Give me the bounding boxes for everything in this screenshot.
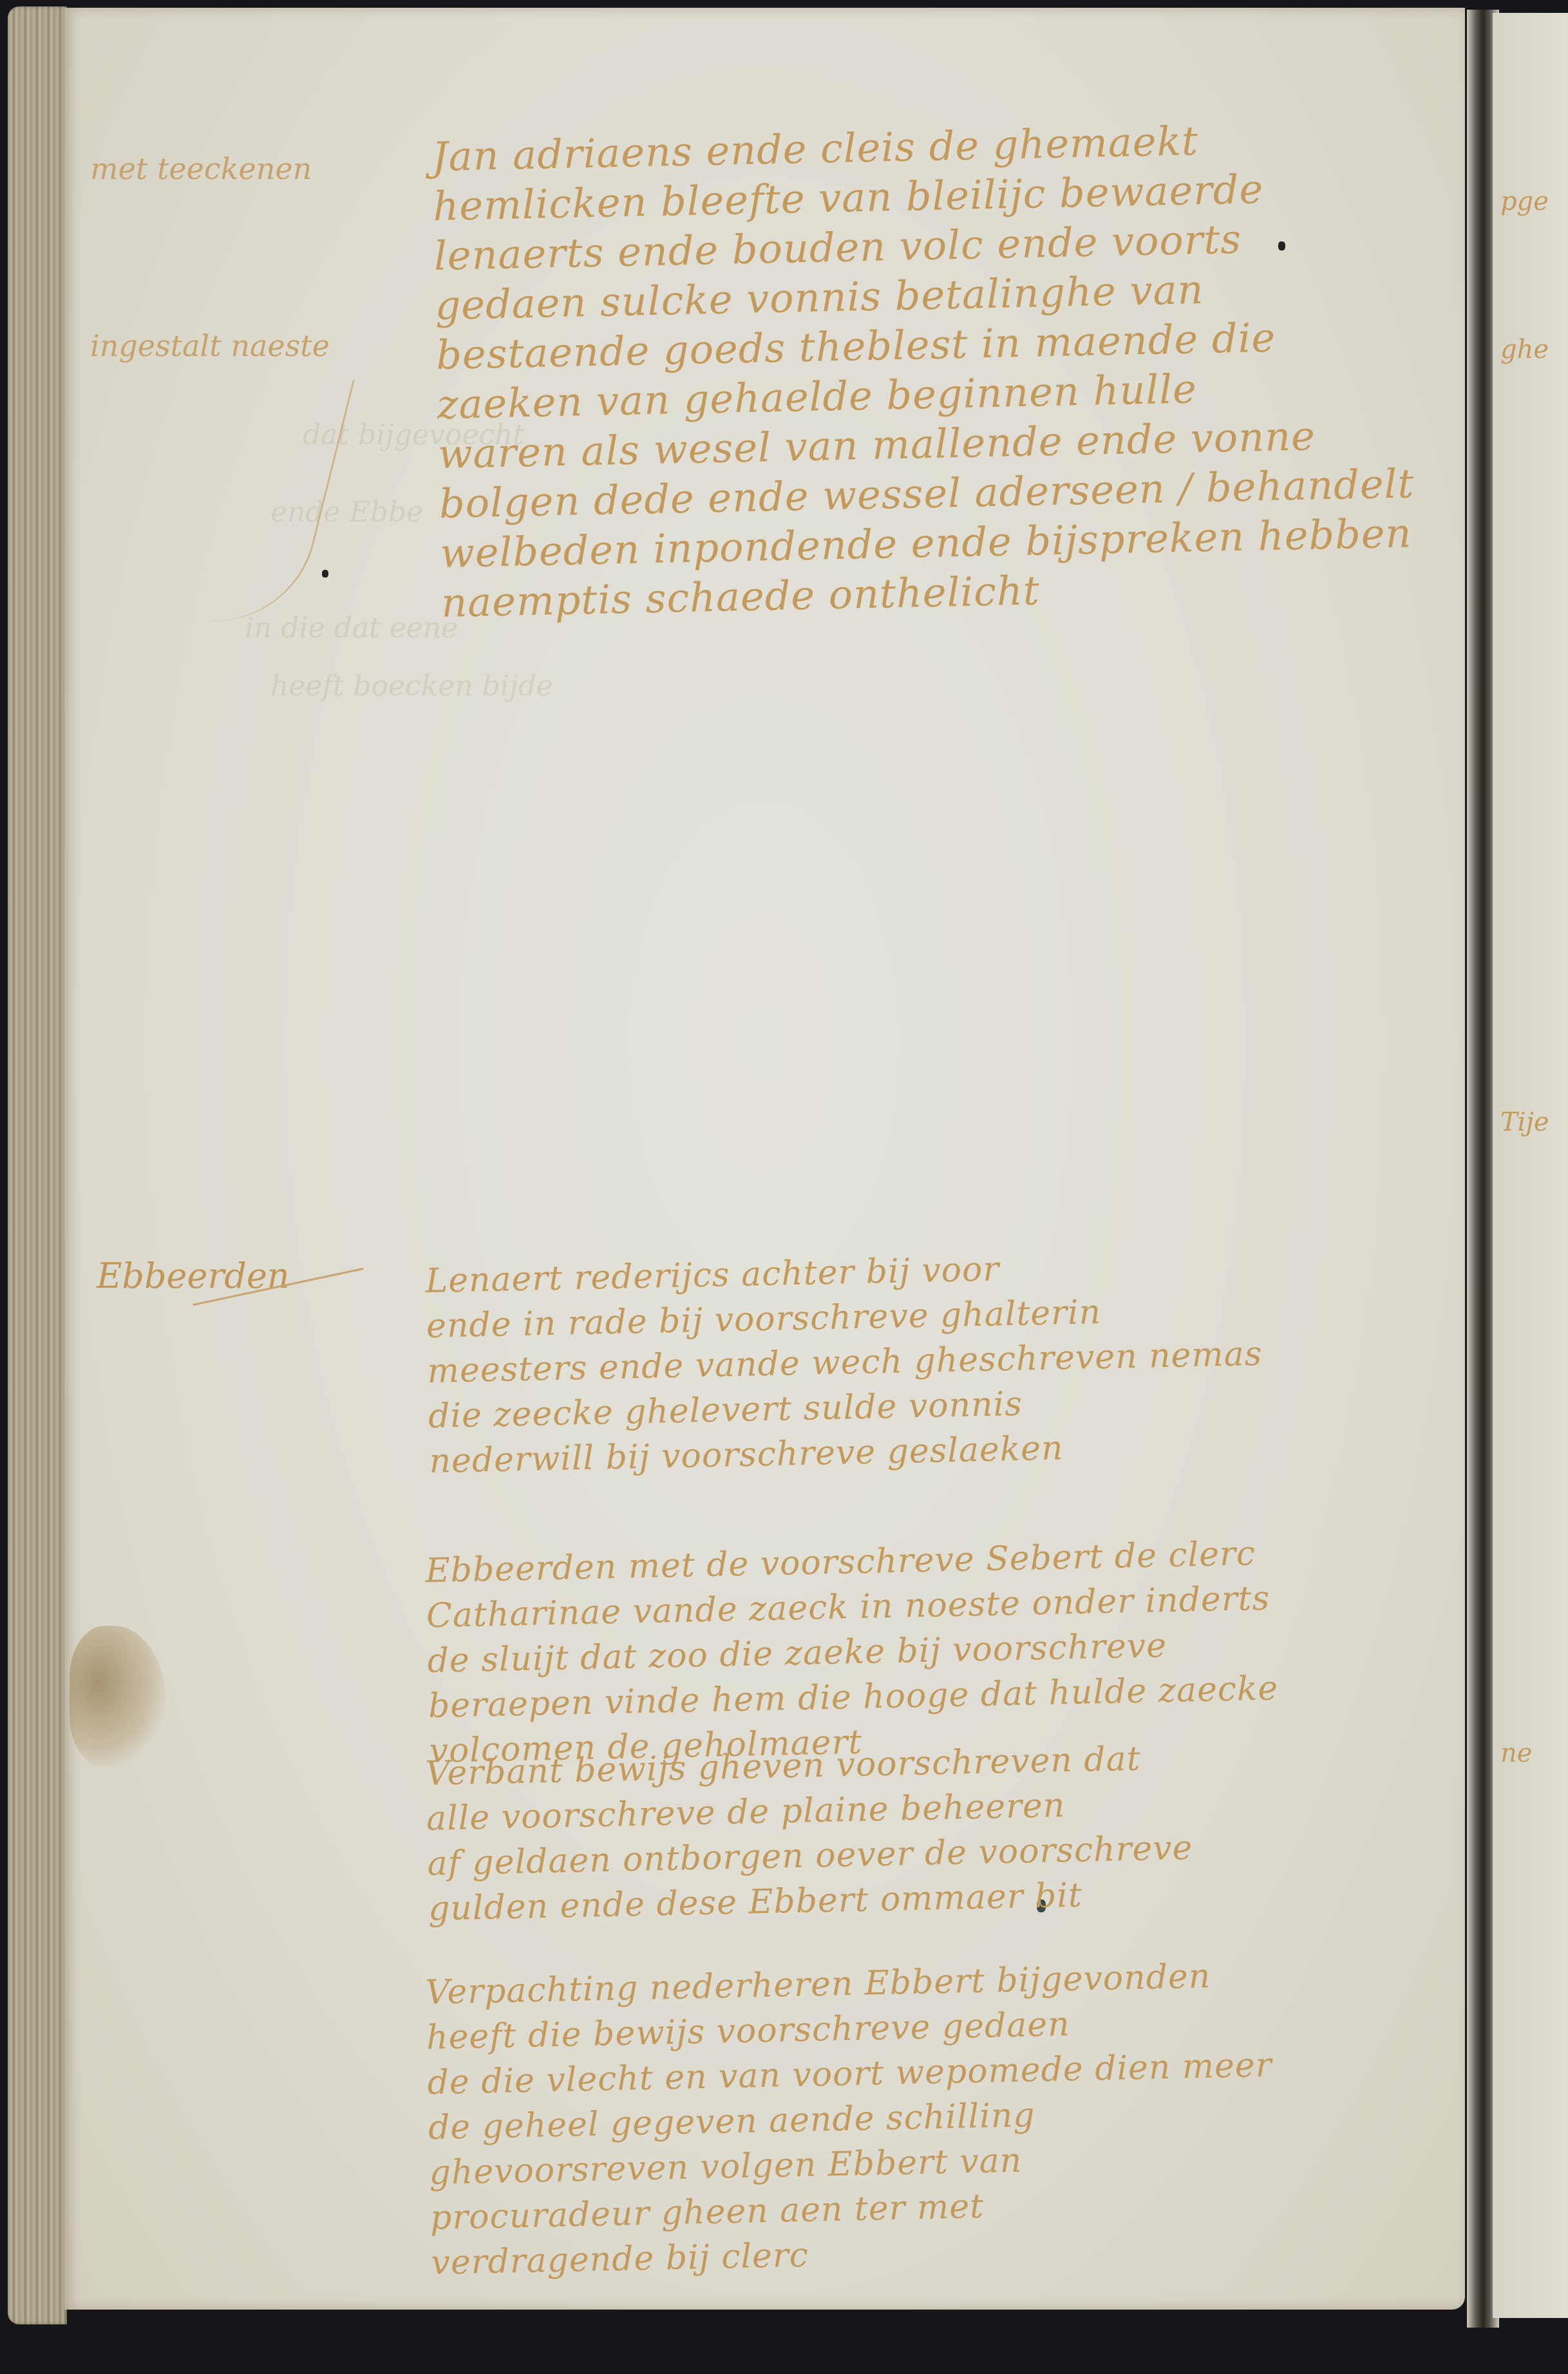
entry-2-paragraph-1: Lenaert rederijcs achter bij voor ende i…	[425, 1241, 1265, 1484]
margin-note: ingestalt naeste	[90, 328, 330, 363]
facing-page-fragment: ne	[1500, 1738, 1562, 1768]
entry-1-text: Jan adriaens ende cleis de ghemaekt heml…	[431, 111, 1417, 628]
facing-page-fragment: pge	[1500, 187, 1562, 216]
ink-speck	[322, 570, 328, 578]
facing-page-fragment: Tije	[1500, 1107, 1562, 1137]
entry-2-paragraph-4: Verpachting nederheren Ebbert bijgevonde…	[425, 1953, 1276, 2286]
facing-page-fragment: ghe	[1500, 335, 1562, 364]
bleedthrough-text: heeft boecken bijde	[270, 670, 553, 702]
margin-note: met teeckenen	[90, 151, 312, 186]
page-edges-stack	[8, 6, 67, 2324]
book-scan: dat bijgevoecht ende Ebbe in die dat een…	[0, 0, 1568, 2374]
bleedthrough-text: in die dat eene	[245, 612, 458, 645]
entry-2-paragraph-3: Verbant bewijs gheven voorschreven dat a…	[425, 1735, 1195, 1932]
